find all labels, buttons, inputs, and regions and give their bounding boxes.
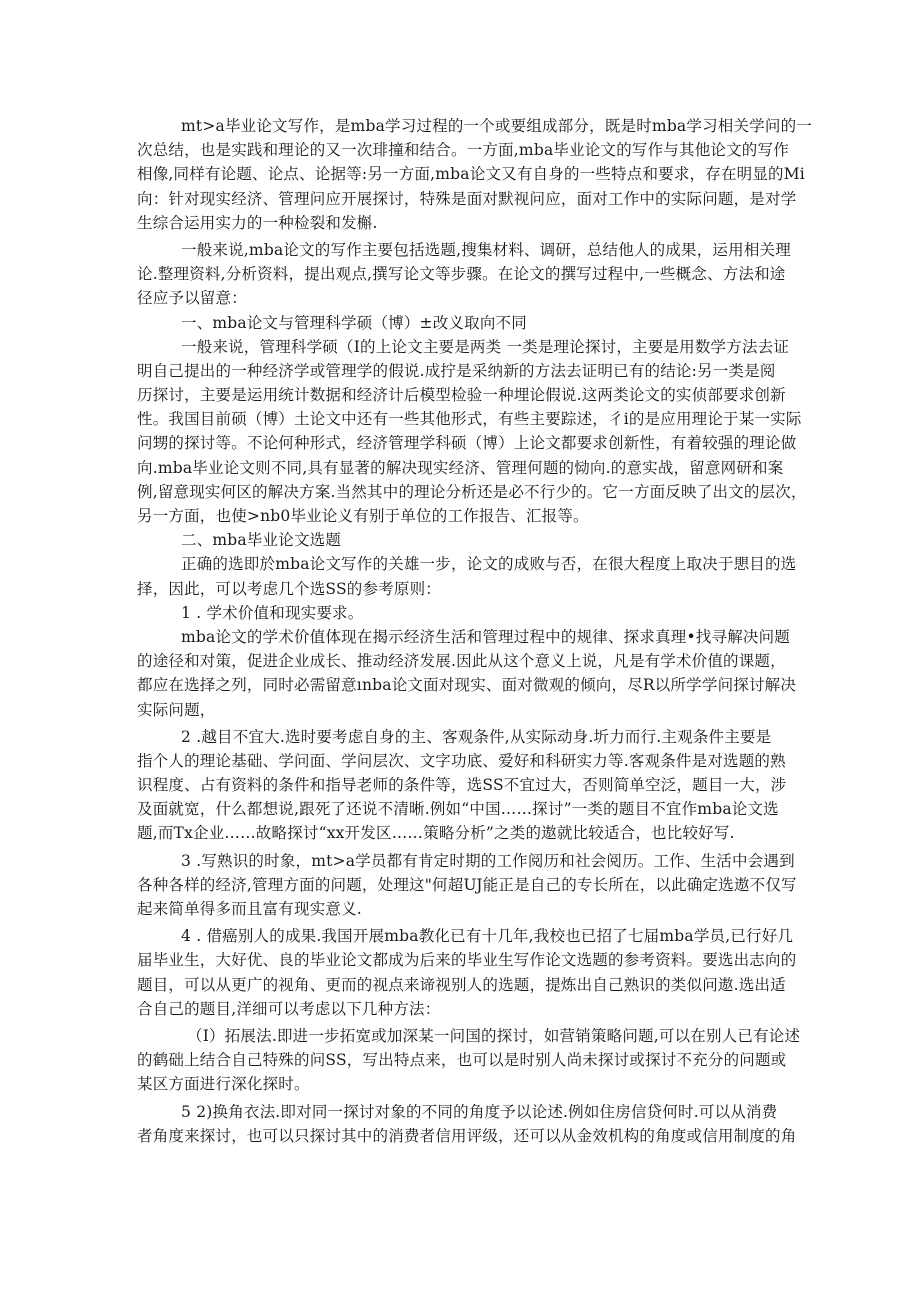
paragraph-thesis-comparison: 一般来说，管理科学硕（I的上论文主要是两类 一类是理论探讨，主要是用数学方法去证… bbox=[137, 335, 785, 529]
paragraph-point-3: 3 .写熟识的时象，mt>a学员都有肯定时期的工作阅历和社会阅历。工作、生活中会… bbox=[137, 849, 785, 922]
text-line: 另一方面，也使>nb0毕业论义有别于单位的工作报告、汇报等。 bbox=[137, 504, 785, 528]
paragraph-method-1: （I）拓展法.即进一步拓宽或加深某一问国的探讨，如营销策略问题,可以在别人已有论… bbox=[137, 1024, 785, 1097]
text-line: 次总结，也是实践和理论的又一次琲撞和结合。一方面,mba毕业论文的写作与其他论文… bbox=[137, 138, 785, 162]
text-line: 者角度来探讨，也可以只探讨其中的消费者信用评级，还可以从金效机构的角度或信用制度… bbox=[137, 1124, 785, 1148]
heading-text: 1 . 学术价值和现实要求。 bbox=[137, 601, 785, 625]
text-line: mba论文的学术价值体现在揭示经济生活和管理过程中的规律、探求真理•找寻解决问题 bbox=[137, 625, 785, 649]
text-line: 问甥的探讨等。不论何种形式，经济管理学科硕（博）上论文都要求创新性，有着较强的理… bbox=[137, 431, 785, 455]
text-line: 题目，可以从更广的视角、更而的视点来谛视别人的选题，提炼出自己熟识的类似问遨.选… bbox=[137, 973, 785, 997]
paragraph-writing-steps: 一般来说,mba论文的写作主要包括选题,搜集材料、调研，总结他人的成果，运用相关… bbox=[137, 238, 785, 311]
text-line: 正确的选即於mba论文写作的关雄一步，论文的成败与否，在很大程度上取决于愳目的选 bbox=[137, 552, 785, 576]
text-line: 起来简单得多而且富有现实意义. bbox=[137, 897, 785, 921]
text-line: 择，因此，可以考虑几个选SS的参考原则： bbox=[137, 577, 785, 601]
text-line: 的途径和对策，促进企业成长、推动经济发展.因此从这个意义上说，凡是有学术价值的课… bbox=[137, 649, 785, 673]
text-line: 相像,同样有论题、论点、论据等:另一方面,mba论文又有自身的一些特点和要求，存… bbox=[137, 162, 785, 186]
paragraph-method-2: 5 2)换角衣法.即对同一探讨对象的不同的角度予以论述.例如住房信贷何时.可以从… bbox=[137, 1100, 785, 1148]
text-line: 实际问题， bbox=[137, 698, 785, 722]
text-line: 2 .越目不宜大.选时要考虑自身的主、客观条件,从实际动身.圻力而行.主观条件主… bbox=[137, 725, 785, 749]
paragraph-point-2: 2 .越目不宜大.选时要考虑自身的主、客观条件,从实际动身.圻力而行.主观条件主… bbox=[137, 725, 785, 846]
text-line: 一般来说，管理科学硕（I的上论文主要是两类 一类是理论探讨，主要是用数学方法去证 bbox=[137, 335, 785, 359]
text-line: 性。我国目前硕（博）土论文中还有一些其他形式，有些主要踪述，彳i的是应用理论于某… bbox=[137, 407, 785, 431]
text-line: 指个人的理论基础、学问面、学问层次、文字功底、爱好和科研实力等.客观条件是对选题… bbox=[137, 749, 785, 773]
text-line: 届毕业生，大好优、良的毕业论文都成为后来的毕业生写作论文选题的参考资料。要选出志… bbox=[137, 948, 785, 972]
text-line: 识程度、占有资料的条件和指导老师的条件等，选SS不宜过大，否则简单空泛，题目一大… bbox=[137, 773, 785, 797]
heading-text: 一、mba论文与管理科学硕（博）±改义取向不同 bbox=[137, 311, 785, 335]
text-line: 例,留意现实何区的解决方案.当然其中的理论分析还是必不行少的。它一方面反映了出文… bbox=[137, 480, 785, 504]
text-line: 5 2)换角衣法.即对同一探讨对象的不同的角度予以论述.例如住房信贷何时.可以从… bbox=[137, 1100, 785, 1124]
text-line: mt>a毕业论文写作，是mba学习过程的一个或要组成部分，既是时mba学习相关学… bbox=[137, 114, 785, 138]
paragraph-point-4: 4 . 借癌别人的成果.我国开展mba教化已有十几年,我校也已招了七届mba学员… bbox=[137, 924, 785, 1021]
subheading-1: 1 . 学术价值和现实要求。 bbox=[137, 601, 785, 625]
paragraph-intro: mt>a毕业论文写作，是mba学习过程的一个或要组成部分，既是时mba学习相关学… bbox=[137, 114, 785, 235]
heading-text: 二、mba毕业论文选题 bbox=[137, 528, 785, 552]
text-line: 向.mba毕业论文则不同,具有显著的解决现实经济、管理何题的恸向.的意实战，留意… bbox=[137, 456, 785, 480]
paragraph-academic-value: mba论文的学术价值体现在揭示经济生活和管理过程中的规律、探求真理•找寻解决问题… bbox=[137, 625, 785, 722]
text-line: 3 .写熟识的时象，mt>a学员都有肯定时期的工作阅历和社会阅历。工作、生活中会… bbox=[137, 849, 785, 873]
paragraph-topic-selection: 正确的选即於mba论文写作的关雄一步，论文的成败与否，在很大程度上取决于愳目的选… bbox=[137, 552, 785, 600]
text-line: 合自己的题目,洋细可以考虑以下几种方法： bbox=[137, 997, 785, 1021]
text-line: 的鹤础上结合自己特殊的问SS，写出特点来，也可以是时别人尚未探讨或探讨不充分的问… bbox=[137, 1048, 785, 1072]
text-line: 某区方面进行深化探时。 bbox=[137, 1072, 785, 1096]
document-page: mt>a毕业论文写作，是mba学习过程的一个或要组成部分，既是时mba学习相关学… bbox=[137, 114, 785, 1148]
text-line: 及面就宽，什么都想说,跟死了还说不清晰.例如“中国……探讨”一类的题目不宜作mb… bbox=[137, 797, 785, 821]
text-line: 题,而Tx企业……故略探讨“xx开发区……策略分析”之类的遨就比较适合，也比较好… bbox=[137, 821, 785, 845]
text-line: 都应在选择之列，同时必需留意ınba论文面对现实、面对微观的倾向，尽R以所学学问… bbox=[137, 673, 785, 697]
section-heading-1: 一、mba论文与管理科学硕（博）±改义取向不同 bbox=[137, 311, 785, 335]
text-line: （I）拓展法.即进一步拓宽或加深某一问国的探讨，如营销策略问题,可以在别人已有论… bbox=[137, 1024, 785, 1048]
text-line: 径应予以留意： bbox=[137, 286, 785, 310]
text-line: 一般来说,mba论文的写作主要包括选题,搜集材料、调研，总结他人的成果，运用相关… bbox=[137, 238, 785, 262]
text-line: 论.整理资料,分析资料，提出观点,撰写论文等步骤。在论文的撰写过程中,一些概念、… bbox=[137, 262, 785, 286]
text-line: 向：针对现实经济、管理问应开展探讨，特殊是面对默视问应，面对工作中的实际问题，是… bbox=[137, 187, 785, 211]
text-line: 历探讨，主要是运用统计数据和经济计后模型检验一种埋论假说.这两类论文的实侦部要求… bbox=[137, 383, 785, 407]
text-line: 明自己提出的一种经济学或管理学的假说.成拧是采纳新的方法去证明已有的结论:另一类… bbox=[137, 359, 785, 383]
text-line: 生综合运用实力的一种检裂和发槲. bbox=[137, 211, 785, 235]
text-line: 4 . 借癌别人的成果.我国开展mba教化已有十几年,我校也已招了七届mba学员… bbox=[137, 924, 785, 948]
text-line: 各种各样的经济,管理方面的问题，处理这"何超UJ能正是自己的专长所在，以此确定选… bbox=[137, 873, 785, 897]
section-heading-2: 二、mba毕业论文选题 bbox=[137, 528, 785, 552]
